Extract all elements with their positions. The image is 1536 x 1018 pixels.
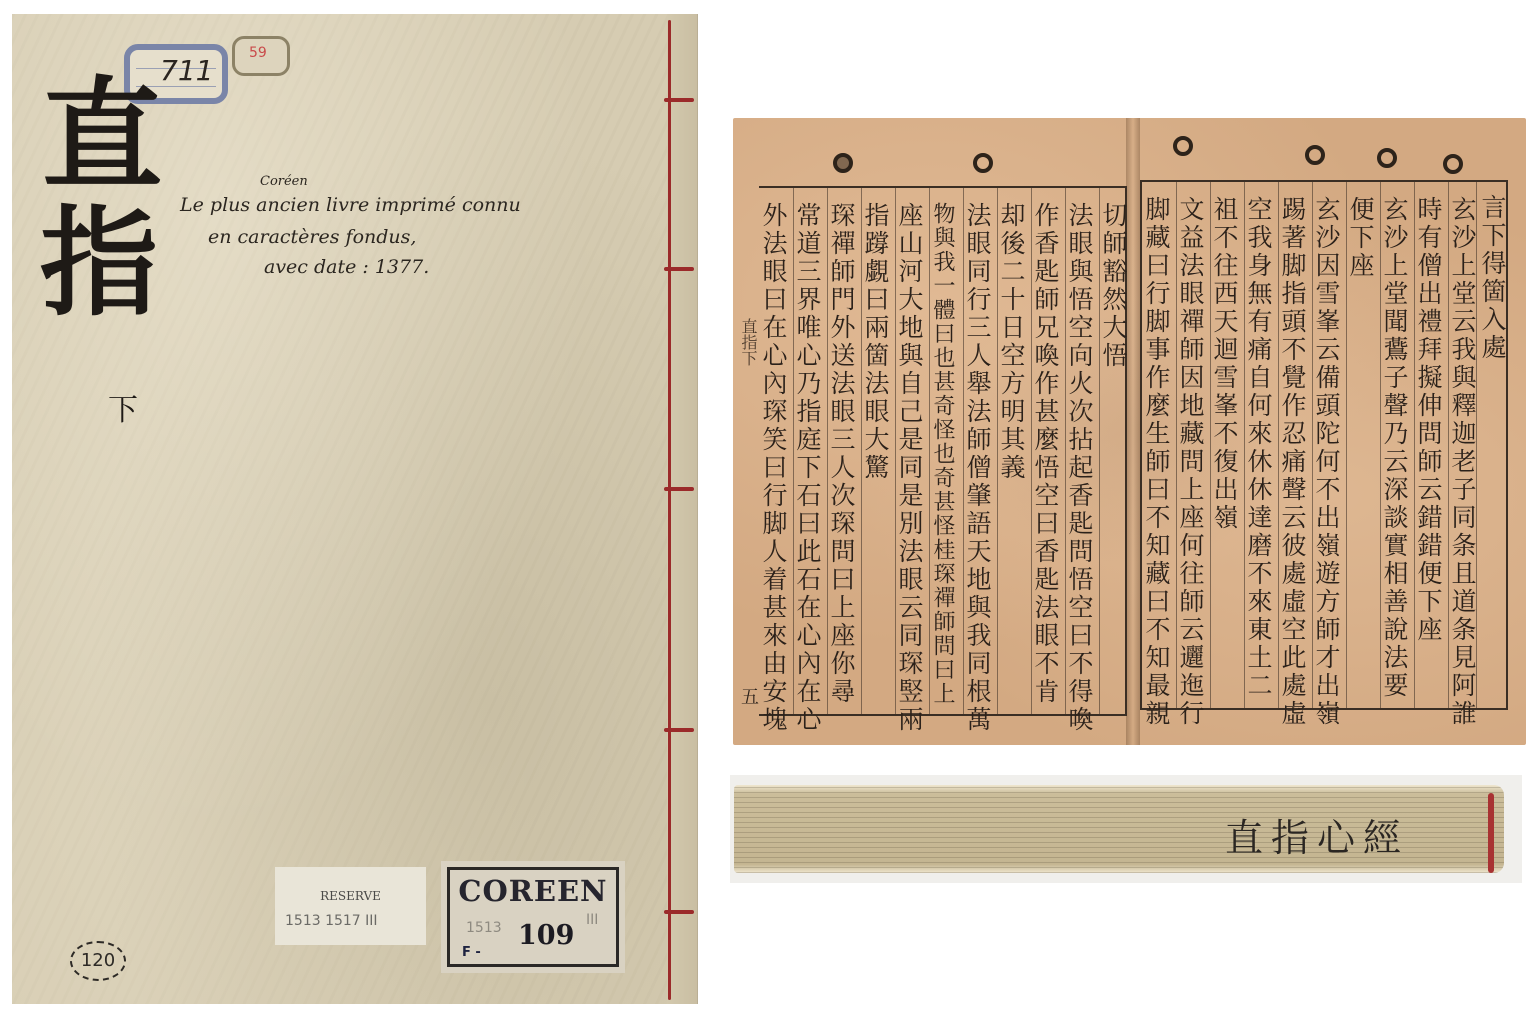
cover-title-char-1: 直 [42, 76, 162, 196]
left-page-frame: 切師豁然大悟 法眼與悟空向火次拈起香匙問悟空曰不得喚 作香匙師兄喚作甚麼悟空曰香… [759, 186, 1127, 716]
left-text-column: 却後二十日空方明其義 [999, 202, 1024, 482]
right-text-column: 踢著脚指頭不覺作忍痛聲云彼處虛空此處虛 [1280, 196, 1305, 728]
binding-stitch [664, 728, 694, 732]
reserve-numbers: 1513 1517 III [285, 913, 378, 929]
spine-binding-thread [1488, 793, 1494, 873]
right-text-column: 言下得箇入處 [1480, 194, 1505, 362]
left-text-column: 外法眼曰在心內琛笑曰行脚人着甚來由安塊 [761, 202, 786, 734]
coreen-number: 109 [518, 920, 574, 951]
left-text-column: 座山河大地與自己是同是別法眼云同琛竪兩 [897, 202, 922, 734]
binding-hole [833, 153, 853, 173]
binding-hole [1377, 148, 1397, 168]
binding-hole [1443, 154, 1463, 174]
page-spread-photo: 切師豁然大悟 法眼與悟空向火次拈起香匙問悟空曰不得喚 作香匙師兄喚作甚麼悟空曰香… [733, 118, 1526, 745]
binding-hole [973, 153, 993, 173]
spine-title: 直指心經 [1225, 807, 1409, 862]
right-page-frame: 言下得箇入處 玄沙上堂云我與釋迦老子同条且道条見阿誰 時有僧出禮拜擬伸問師云錯錯… [1140, 180, 1508, 710]
binding-thread [668, 20, 671, 1000]
coreen-pencil-number: 1513 [466, 920, 502, 936]
right-text-column: 玄沙上堂云我與釋迦老子同条且道条見阿誰 [1450, 196, 1475, 728]
page-gutter [1126, 118, 1140, 745]
left-text-column: 法眼與悟空向火次拈起香匙問悟空曰不得喚 [1067, 202, 1092, 734]
right-text-column: 玄沙上堂聞鷰子聲乃云深談實相善說法要 [1382, 196, 1407, 700]
binding-hole [1305, 145, 1325, 165]
ticket-number: 711 [160, 54, 213, 87]
binding-stitch [664, 487, 694, 491]
book-spine-photo: 直指心經 [730, 775, 1522, 883]
left-text-column: 切師豁然大悟 [1101, 202, 1126, 370]
coreen-bottom-code: F - [462, 945, 481, 960]
cover-binding-edge [667, 14, 697, 1004]
red-number-label: 59 [232, 36, 290, 76]
handwritten-insert: Coréen [260, 174, 308, 189]
volume-char: 下 [108, 396, 138, 426]
right-text-column: 脚藏曰行脚事作麼生師曰不知藏曰不知最親 [1144, 196, 1169, 728]
binding-hole [1173, 136, 1193, 156]
margin-title: 直指下 [737, 318, 760, 366]
left-text-column: 常道三界唯心乃指庭下石曰此石在心內在心 [795, 202, 820, 734]
left-text-column: 指𨅝覷曰兩箇法眼大驚 [863, 202, 888, 482]
left-text-column: 物與我一體曰也甚奇怪也奇甚怪桂琛禪師問曰上 [931, 202, 953, 706]
right-text-column: 時有僧出禮拜擬伸問師云錯錯便下座 [1416, 196, 1441, 644]
cover-title-char-2: 指 [40, 204, 158, 322]
handwritten-note-line-3: avec date : 1377. [264, 256, 429, 278]
binding-stitch [664, 267, 694, 271]
left-text-column: 法眼同行三人舉法師僧肇語天地與我同根萬 [965, 202, 990, 734]
left-text-column: 琛禪師門外送法眼三人次琛問曰上座你尋 [829, 202, 854, 706]
circled-number: 120 [70, 941, 126, 981]
binding-stitch [664, 98, 694, 102]
coreen-title: COREEN [450, 874, 616, 908]
coreen-pencil-right: III [586, 912, 598, 928]
right-text-column: 空我身無有痛自何來休休達磨不來東土二 [1246, 196, 1271, 700]
reserve-label: RESERVE 1513 1517 III [275, 867, 426, 945]
right-text-column: 文益法眼禪師因地藏問上座何往師云邐迤行 [1178, 196, 1203, 728]
handwritten-note-line-1: Le plus ancien livre imprimé connu [180, 194, 521, 216]
handwritten-note-line-2: en caractères fondus, [208, 226, 416, 248]
red-number: 59 [249, 45, 267, 61]
right-text-column: 玄沙因雪峯云備頭陀何不出嶺遊方師才出嶺 [1314, 196, 1339, 728]
reserve-title: RESERVE [275, 889, 426, 903]
binding-stitch [664, 910, 694, 914]
right-text-column: 祖不往西天迴雪峯不復出嶺 [1212, 196, 1237, 532]
book-cover-photo: 711 59 直 指 下 Coréen Le plus ancien livre… [12, 14, 698, 1004]
coreen-label: COREEN 1513 109 III F - [441, 861, 625, 973]
page-number: 五 [741, 683, 759, 709]
coreen-label-frame: COREEN 1513 109 III F - [447, 867, 619, 967]
left-text-column: 作香匙師兄喚作甚麼悟空曰香匙法眼不肯 [1033, 202, 1058, 706]
right-text-column: 便下座 [1348, 196, 1373, 280]
